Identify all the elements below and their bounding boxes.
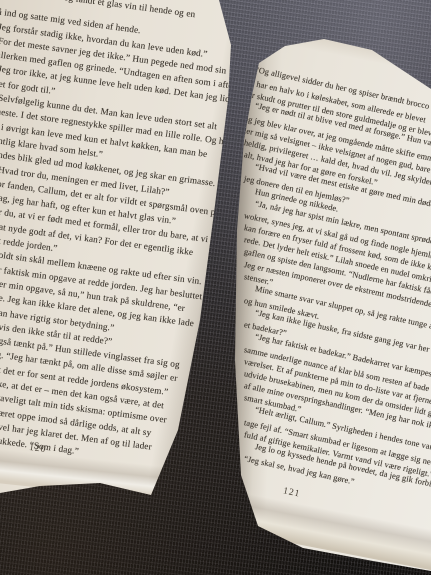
right-page-number: 121 [282,486,301,499]
right-page-text: “Og alligevel sidder du her og spiser br… [244,64,431,465]
left-page-number: 120 [28,443,46,455]
open-book-photo: og fandt et glas vin til hende og enså i… [0,0,431,575]
